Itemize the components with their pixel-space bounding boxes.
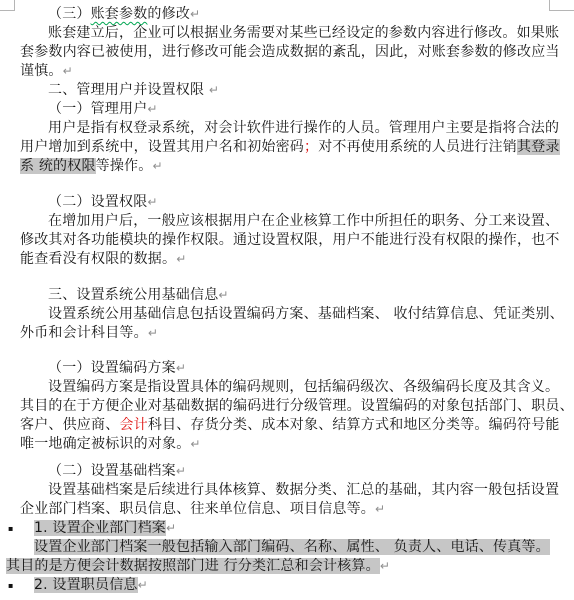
text-run: （一）管理用户 <box>48 101 147 117</box>
paragraph-mark: ↵ <box>166 521 176 535</box>
text-run: ； <box>304 139 318 155</box>
paragraph-mark: ↵ <box>152 159 162 173</box>
list-bullet-icon: ▪ <box>8 576 13 595</box>
text-run: 的修改 <box>147 6 190 22</box>
document-line[interactable]: 在增加用户后，一般应该根据用户在企业核算工作中所担任的职务、分工来设置、 <box>20 212 568 231</box>
document-line[interactable]: 企业部门档案、职员信息、往来单位信息、项目信息等。↵ <box>20 500 568 519</box>
document-line[interactable]: 套参数内容已被使用，进行修改可能会造成数据的紊乱，因此，对账套参数的修改应当 <box>20 43 568 62</box>
text-run: 其目的是方便会计数据按照部门进 行分类汇总和会计核算。 <box>6 558 380 574</box>
document-line[interactable]: 外币和会计科目等。↵ <box>20 324 568 343</box>
text-run: 套参数内容已被使用，进行修改可能会造成数据的紊乱，因此，对账套参数的修改应当 <box>20 44 560 60</box>
paragraph-mark: ↵ <box>380 559 390 573</box>
text-run: 能查看没有权限的数据。 <box>20 251 176 267</box>
text-run: （二）设置基础档案 <box>48 463 176 479</box>
text-run: 等操作。 <box>96 158 153 174</box>
document-line[interactable]: （二）设置基础档案↵ <box>20 462 568 481</box>
document-line[interactable]: 三、设置系统公用基础信息↵ <box>20 286 568 305</box>
document-line[interactable]: 能查看没有权限的数据。↵ <box>20 250 568 269</box>
paragraph-mark: ↵ <box>209 83 219 97</box>
document-line[interactable]: 二、管理用户并设置权限 ↵ <box>20 81 568 100</box>
text-run: 设置企业部门档案一般包括输入部门编码、名称、属性、 负责人、电话、传真等。 <box>34 539 550 555</box>
text-run: 谨慎。 <box>20 63 63 79</box>
text-run: 用户增加到系统中，设置其用户名和初始密码 <box>20 139 304 155</box>
list-bullet-icon: ▪ <box>8 519 13 538</box>
text-run: 二、管理用户并设置权限 <box>48 82 209 98</box>
text-run: 2. 设置职员信息 <box>34 577 138 593</box>
text-run: 唯一地确定被标识的对象。 <box>20 436 190 452</box>
document-line[interactable]: ▪1. 设置企业部门档案↵ <box>20 519 568 538</box>
paragraph-mark: ↵ <box>190 7 200 21</box>
text-run: 设置系统公用基础信息包括设置编码方案、基础档案、 收付结算信息、凭证类别、 <box>48 306 564 322</box>
text-run: （二）设置权限 <box>48 194 147 210</box>
text-run: 外币和会计科目等。 <box>20 325 148 341</box>
document-body[interactable]: （三）账套参数的修改↵账套建立后，企业可以根据业务需要对某些已经设定的参数内容进… <box>20 5 568 595</box>
paragraph-mark: ↵ <box>147 195 157 209</box>
text-run: 对不再使用系统的人员进行注销 <box>318 139 517 155</box>
text-run: 在增加用户后，一般应该根据用户在企业核算工作中所担任的职务、分工来设置、 <box>48 213 559 229</box>
paragraph-mark: ↵ <box>147 102 157 116</box>
text-run: 1. 设置企业部门档案 <box>34 520 166 536</box>
document-line[interactable]: 其目的在于方便企业对基础数据的编码进行分级管理。设置编码的对象包括部门、职员、 <box>20 397 568 416</box>
document-line[interactable]: （一）设置编码方案↵ <box>20 359 568 378</box>
paragraph-mark: ↵ <box>63 64 73 78</box>
document-line[interactable]: 用户是指有权登录系统，对会计软件进行操作的人员。管理用户主要是指将合法的 <box>20 119 568 138</box>
document-line[interactable]: 唯一地确定被标识的对象。↵ <box>20 435 568 454</box>
document-line[interactable]: 设置编码方案是指设置具体的编码规则，包括编码级次、各级编码长度及其含义。 <box>20 378 568 397</box>
paragraph-mark: ↵ <box>148 326 158 340</box>
text-run: 其登录 <box>517 139 560 155</box>
document-line[interactable]: ▪2. 设置职员信息↵ <box>20 576 568 595</box>
text-run: （一）设置编码方案 <box>48 360 176 376</box>
document-line[interactable]: 账套建立后，企业可以根据业务需要对某些已经设定的参数内容进行修改。如果账 <box>20 24 568 43</box>
text-run: 企业部门档案、职员信息、往来单位信息、项目信息等。 <box>20 501 375 517</box>
document-line[interactable]: 设置企业部门档案一般包括输入部门编码、名称、属性、 负责人、电话、传真等。 <box>20 538 568 557</box>
paragraph-mark: ↵ <box>176 361 186 375</box>
text-run: 账套参数 <box>91 6 148 22</box>
document-line[interactable]: 客户、供应商、会计科目、存货分类、成本对象、结算方式和地区分类等。编码符号能 <box>20 416 568 435</box>
document-line[interactable]: 设置系统公用基础信息包括设置编码方案、基础档案、 收付结算信息、凭证类别、 <box>20 305 568 324</box>
text-run: 账套建立后，企业可以根据业务需要对某些已经设定的参数内容进行修改。如果账 <box>48 25 559 41</box>
document-line[interactable]: 系 统的权限等操作。↵ <box>20 157 568 176</box>
document-line[interactable]: 谨慎。↵ <box>20 62 568 81</box>
paragraph-mark: ↵ <box>190 437 200 451</box>
document-line[interactable]: （三）账套参数的修改↵ <box>20 5 568 24</box>
text-run: 设置基础档案是后续进行具体核算、数据分类、汇总的基础，其内容一般包括设置 <box>48 482 559 498</box>
document-line[interactable]: 修改其对各功能模块的操作权限。通过设置权限，用户不能进行没有权限的操作，也不 <box>20 231 568 250</box>
document-page[interactable]: （三）账套参数的修改↵账套建立后，企业可以根据业务需要对某些已经设定的参数内容进… <box>0 0 574 600</box>
paragraph-mark: ↵ <box>176 252 186 266</box>
text-run: 三、设置系统公用基础信息 <box>48 287 218 303</box>
text-run: 修改其对各功能模块的操作权限。通过设置权限，用户不能进行没有权限的操作，也不 <box>20 232 560 248</box>
text-run: 设置编码方案是指设置具体的编码规则，包括编码级次、各级编码长度及其含义。 <box>48 379 559 395</box>
paragraph-mark: ↵ <box>375 502 385 516</box>
paragraph-mark: ↵ <box>218 288 228 302</box>
paragraph-mark: ↵ <box>176 464 186 478</box>
document-line[interactable]: 设置基础档案是后续进行具体核算、数据分类、汇总的基础，其内容一般包括设置 <box>20 481 568 500</box>
text-run: 其目的在于方便企业对基础数据的编码进行分级管理。设置编码的对象包括部门、职员、 <box>20 398 574 414</box>
text-run: 系 统的权限 <box>20 158 96 174</box>
document-line[interactable]: 用户增加到系统中，设置其用户名和初始密码；对不再使用系统的人员进行注销其登录 <box>20 138 568 157</box>
document-line[interactable]: （二）设置权限↵ <box>20 193 568 212</box>
document-line[interactable]: 其目的是方便会计数据按照部门进 行分类汇总和会计核算。↵ <box>6 557 568 576</box>
text-run: （三） <box>48 6 91 22</box>
document-line[interactable]: （一）管理用户↵ <box>20 100 568 119</box>
page-margin-corner-mark-top-left <box>0 0 15 11</box>
text-run: 科目、存货分类、成本对象、结算方式和地区分类等。编码符号能 <box>148 417 560 433</box>
paragraph-mark: ↵ <box>138 578 148 592</box>
text-run: 客户、供应商、 <box>20 417 119 433</box>
text-run: 用户是指有权登录系统，对会计软件进行操作的人员。管理用户主要是指将合法的 <box>48 120 559 136</box>
text-run: 会计 <box>119 417 147 433</box>
